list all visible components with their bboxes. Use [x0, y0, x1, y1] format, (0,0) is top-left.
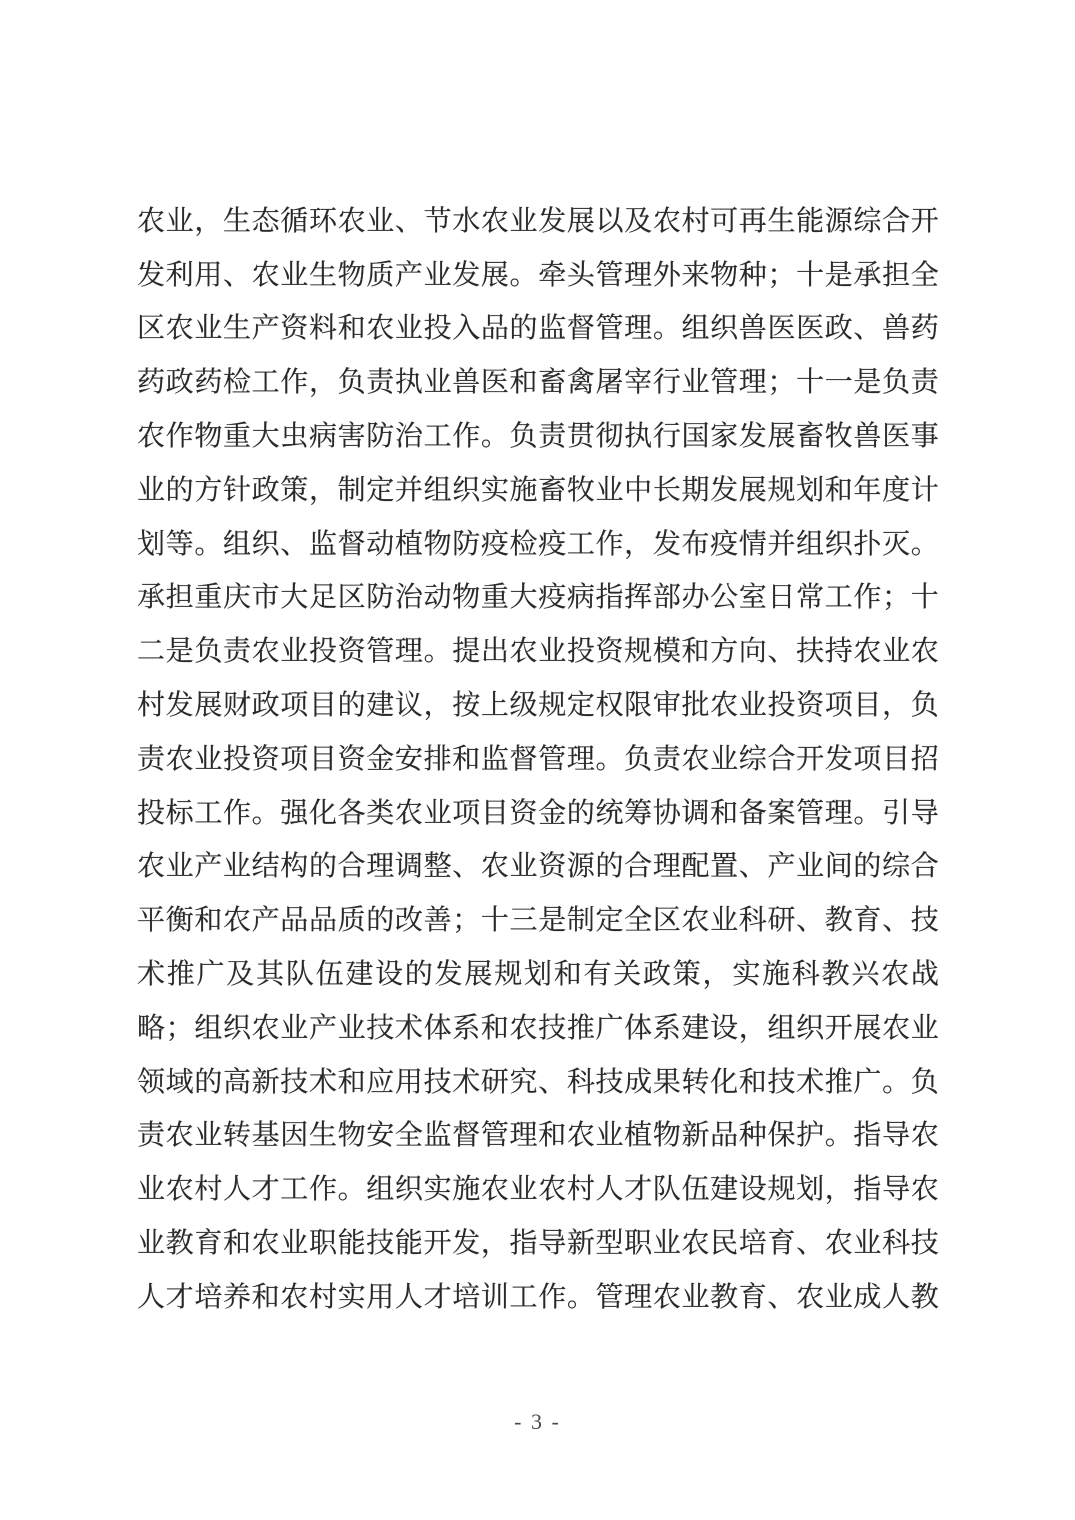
text-line: 业的方针政策，制定并组织实施畜牧业中长期发展规划和年度计: [137, 461, 939, 515]
text-line: 投标工作。强化各类农业项目资金的统筹协调和备案管理。引导: [137, 784, 939, 838]
text-line: 略；组织农业产业技术体系和农技推广体系建设，组织开展农业: [137, 999, 939, 1053]
text-line: 划等。组织、监督动植物防疫检疫工作，发布疫情并组织扑灭。: [137, 515, 939, 569]
text-line: 业教育和农业职能技能开发，指导新型职业农民培育、农业科技: [137, 1214, 939, 1268]
text-line: 领域的高新技术和应用技术研究、科技成果转化和技术推广。负: [137, 1053, 939, 1107]
text-line: 二是负责农业投资管理。提出农业投资规模和方向、扶持农业农: [137, 622, 939, 676]
text-line: 责农业投资项目资金安排和监督管理。负责农业综合开发项目招: [137, 730, 939, 784]
text-line: 术推广及其队伍建设的发展规划和有关政策，实施科教兴农战: [137, 945, 939, 999]
text-line: 责农业转基因生物安全监督管理和农业植物新品种保护。指导农: [137, 1107, 939, 1161]
text-line: 承担重庆市大足区防治动物重大疫病指挥部办公室日常工作；十: [137, 569, 939, 623]
text-line: 区农业生产资料和农业投入品的监督管理。组织兽医医政、兽药: [137, 300, 939, 354]
text-line: 农业产业结构的合理调整、农业资源的合理配置、产业间的综合: [137, 838, 939, 892]
body-text: 农业，生态循环农业、节水农业发展以及农村可再生能源综合开发利用、农业生物质产业发…: [137, 192, 939, 1322]
text-line: 业农村人才工作。组织实施农业农村人才队伍建设规划，指导农: [137, 1160, 939, 1214]
text-line: 农业，生态循环农业、节水农业发展以及农村可再生能源综合开: [137, 192, 939, 246]
text-line: 药政药检工作，负责执业兽医和畜禽屠宰行业管理；十一是负责: [137, 353, 939, 407]
text-line: 平衡和农产品品质的改善；十三是制定全区农业科研、教育、技: [137, 891, 939, 945]
document-page: 农业，生态循环农业、节水农业发展以及农村可再生能源综合开发利用、农业生物质产业发…: [0, 0, 1075, 1520]
text-line: 村发展财政项目的建议，按上级规定权限审批农业投资项目，负: [137, 676, 939, 730]
text-line: 发利用、农业生物质产业发展。牵头管理外来物种；十是承担全: [137, 246, 939, 300]
page-number: - 3 -: [0, 1409, 1075, 1435]
text-line: 人才培养和农村实用人才培训工作。管理农业教育、农业成人教: [137, 1268, 939, 1322]
text-line: 农作物重大虫病害防治工作。负责贯彻执行国家发展畜牧兽医事: [137, 407, 939, 461]
